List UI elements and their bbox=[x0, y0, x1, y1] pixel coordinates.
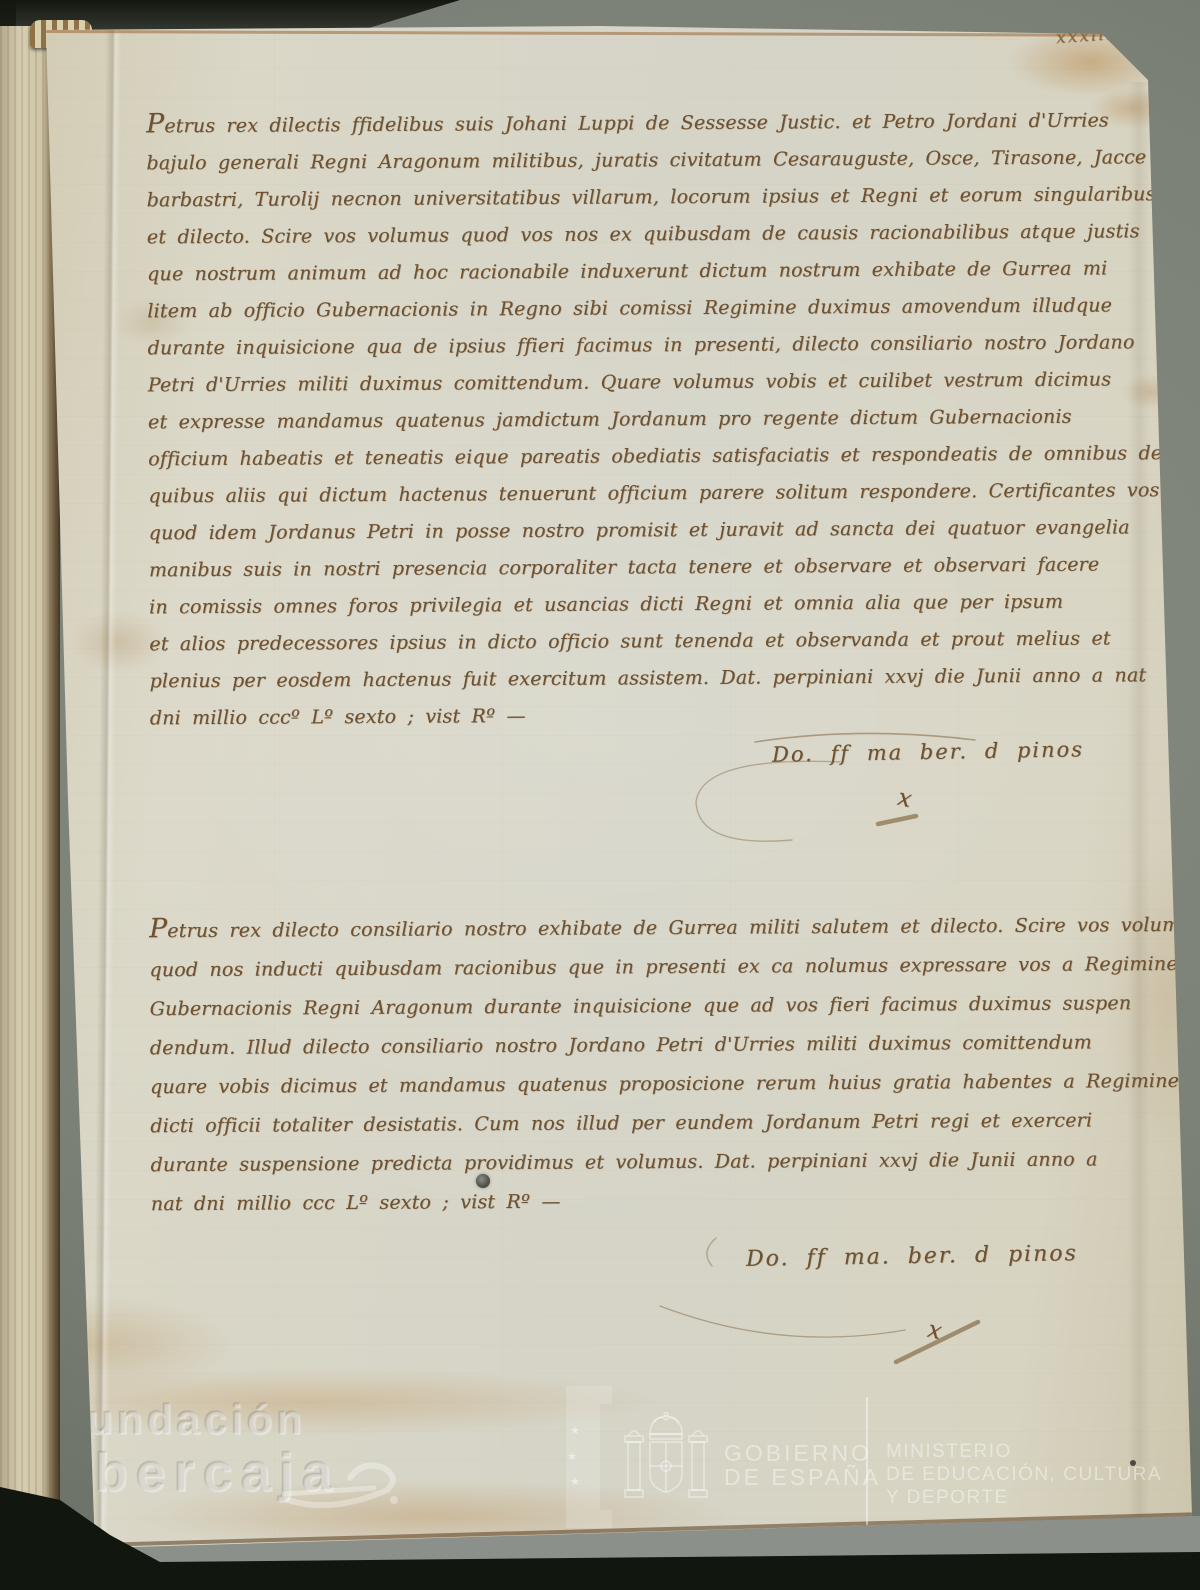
manuscript-line: manibus suis in nostri presencia corpora… bbox=[149, 546, 1200, 590]
manuscript-line: dicti officii totaliter desistatis. Cum … bbox=[150, 1101, 1200, 1146]
manuscript-line: bajulo generali Regni Aragonum militibus… bbox=[146, 139, 1200, 183]
eu-ribbon-tab bbox=[600, 1386, 612, 1404]
manuscript-line: et dilecto. Scire vos volumus quod vos n… bbox=[147, 213, 1200, 257]
star-icon: ★ bbox=[570, 1424, 580, 1437]
manuscript-line: Petrus rex dilecto consiliario nostro ex… bbox=[149, 903, 1200, 951]
manuscript-line: durante inquisicione qua de ipsius ffier… bbox=[147, 324, 1200, 368]
manuscript-line: quibus aliis qui dictum hactenus tenueru… bbox=[148, 472, 1200, 516]
gobierno-watermark-line2: DE ESPAÑA bbox=[724, 1464, 881, 1491]
ministerio-watermark-line3: Y DEPORTE bbox=[886, 1487, 1009, 1509]
manuscript-page: xxxiiij Petrus rex dilectis ffidelibus s… bbox=[0, 0, 1200, 1590]
manuscript-line: Petri d'Urries militi duximus comittendu… bbox=[148, 361, 1200, 405]
manuscript-line: nat dni millio ccc Lº sexto ; vist Rº — bbox=[151, 1179, 1200, 1224]
ibercaja-watermark-line1: Fundación bbox=[58, 1396, 306, 1444]
manuscript-line: dni millio cccº Lº sexto ; vist Rº — bbox=[150, 694, 1200, 738]
watermark-divider bbox=[866, 1397, 868, 1525]
manuscript-line: quare vobis dicimus et mandamus quatenus… bbox=[150, 1062, 1200, 1107]
manuscript-line: et alios predecessores ipsius in dicto o… bbox=[149, 620, 1200, 664]
manuscript-line: litem ab officio Gubernacionis in Regno … bbox=[147, 287, 1200, 331]
eu-ribbon-tab bbox=[600, 1510, 612, 1528]
star-icon: ★ bbox=[570, 1475, 580, 1488]
manuscript-line: et expresse mandamus quatenus jamdictum … bbox=[148, 398, 1200, 442]
manuscript-paragraph-2: Petrus rex dilecto consiliario nostro ex… bbox=[149, 903, 1200, 1224]
spain-coat-of-arms-icon bbox=[616, 1412, 716, 1520]
manuscript-line: Gubernacionis Regni Aragonum durante inq… bbox=[150, 984, 1200, 1029]
manuscript-line: que nostrum animum ad hoc racionabile in… bbox=[147, 250, 1200, 294]
gobierno-watermark-line1: GOBIERNO bbox=[724, 1440, 872, 1467]
manuscript-line: durante suspensione predicta providimus … bbox=[150, 1140, 1200, 1185]
manuscript-line: Petrus rex dilectis ffidelibus suis Joha… bbox=[146, 99, 1200, 146]
manuscript-line: plenius per eosdem hactenus fuit exercit… bbox=[149, 657, 1200, 701]
manuscript-line: officium habeatis et teneatis eique pare… bbox=[148, 435, 1200, 479]
page-stack-edge bbox=[0, 26, 60, 1542]
manuscript-line: in comissis omnes foros privilegia et us… bbox=[149, 583, 1200, 627]
manuscript-paragraph-1: Petrus rex dilectis ffidelibus suis Joha… bbox=[146, 99, 1200, 738]
manuscript-line: quod nos inducti quibusdam racionibus qu… bbox=[149, 945, 1200, 990]
ibercaja-swoosh-icon bbox=[282, 1448, 422, 1528]
ministerio-watermark-line2: DE EDUCACIÓN, CULTURA bbox=[886, 1464, 1162, 1486]
manuscript-line: dendum. Illud dilecto consiliario nostro… bbox=[150, 1023, 1200, 1068]
manuscript-line: barbastri, Turolij necnon universitatibu… bbox=[147, 176, 1200, 220]
manuscript-photograph: xxxiiij Petrus rex dilectis ffidelibus s… bbox=[0, 0, 1200, 1590]
star-icon: ★ bbox=[567, 1450, 577, 1463]
ministerio-watermark-line1: MINISTERIO bbox=[886, 1441, 1012, 1463]
manuscript-line: quod idem Jordanus Petri in posse nostro… bbox=[149, 509, 1200, 553]
paper-hole bbox=[476, 1174, 490, 1188]
